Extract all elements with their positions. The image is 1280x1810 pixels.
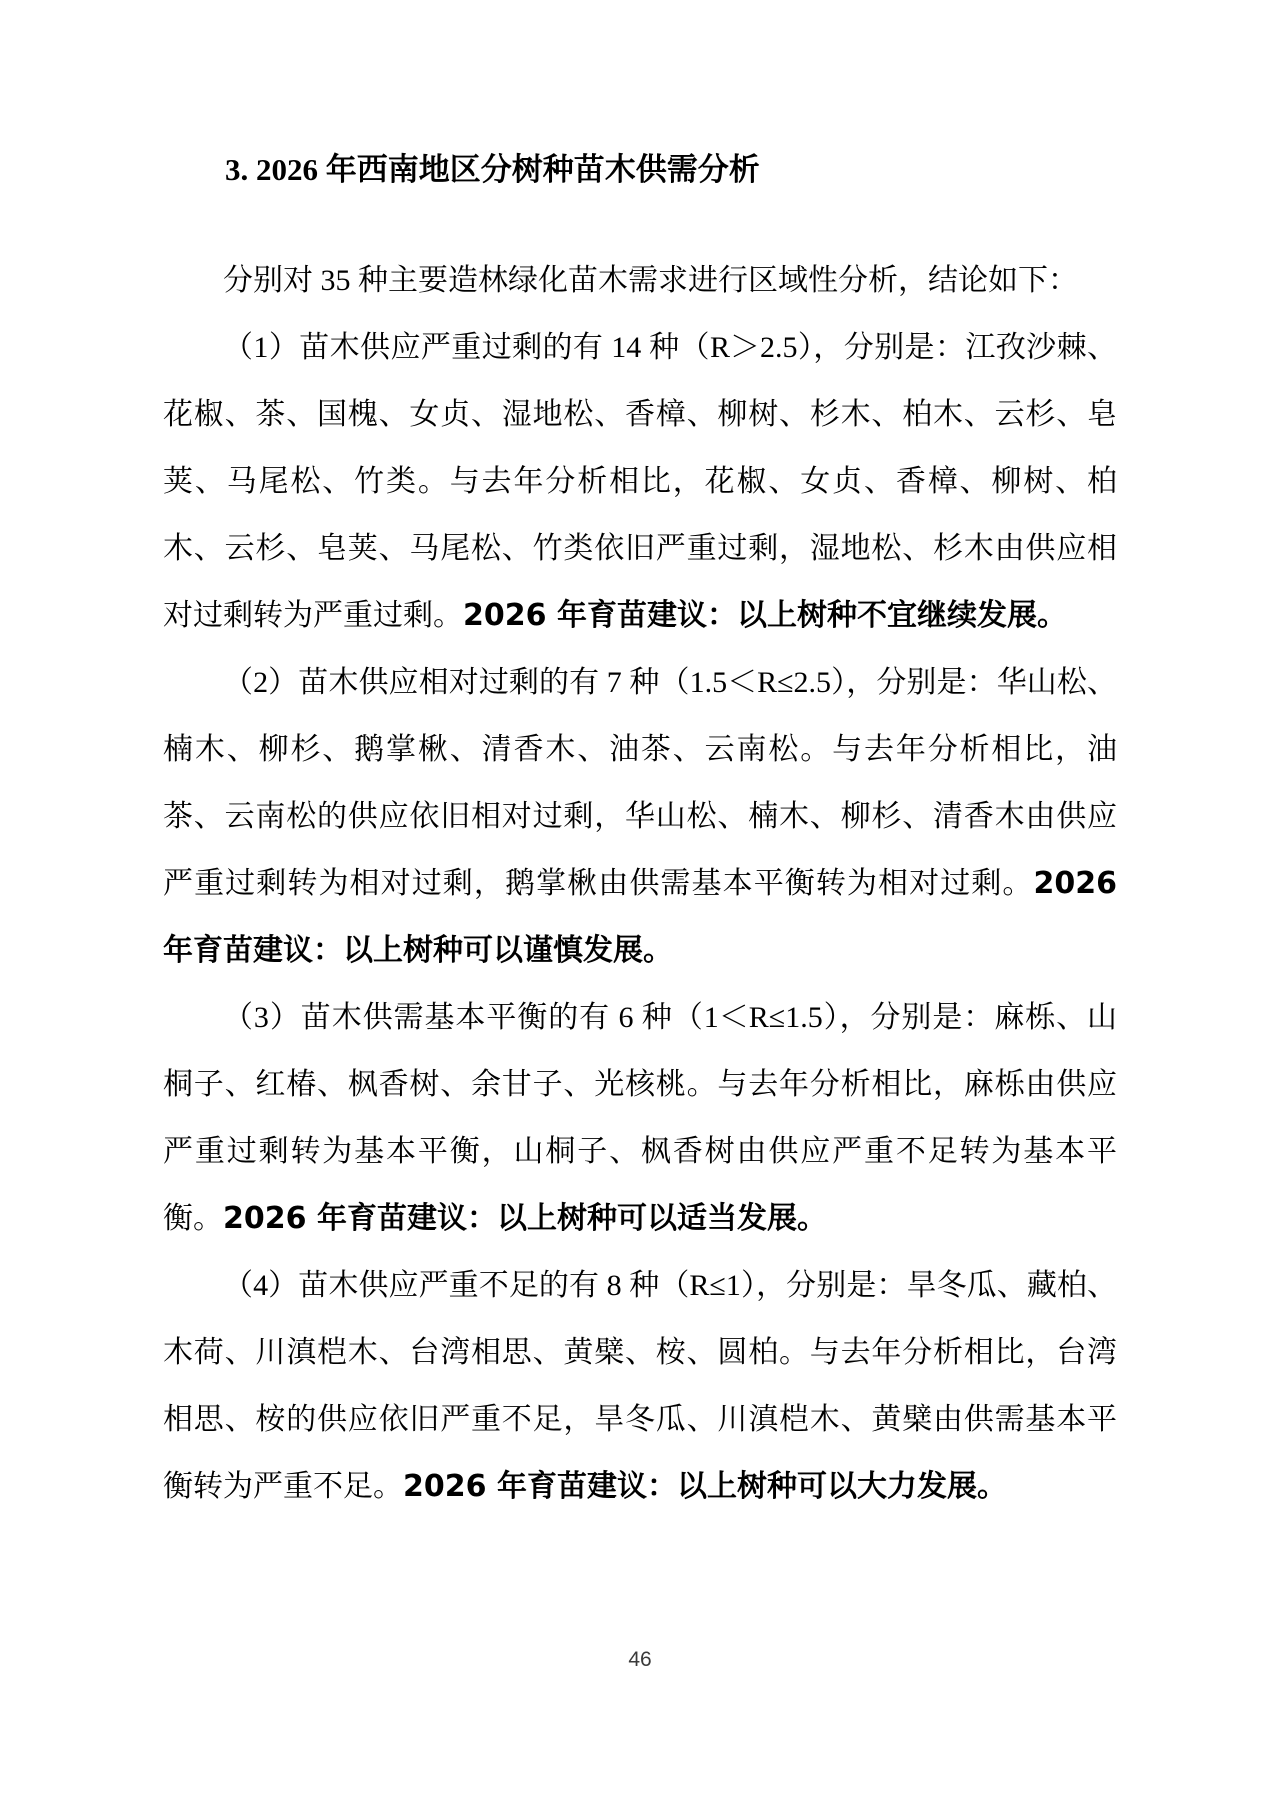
body-paragraph: （3）苗木供需基本平衡的有 6 种（1＜R≤1.5），分别是：麻栎、山桐子、红椿… bbox=[163, 984, 1117, 1252]
paragraphs: 分别对 35 种主要造林绿化苗木需求进行区域性分析，结论如下：（1）苗木供应严重… bbox=[163, 247, 1117, 1520]
document-content: 3. 2026 年西南地区分树种苗木供需分析 分别对 35 种主要造林绿化苗木需… bbox=[163, 136, 1117, 1520]
body-paragraph: 分别对 35 种主要造林绿化苗木需求进行区域性分析，结论如下： bbox=[163, 247, 1117, 314]
text-run: （3）苗木供需基本平衡的有 6 种（1＜R≤1.5），分别是：麻栎、山桐子、红椿… bbox=[163, 1001, 1117, 1235]
text-run: （4）苗木供应严重不足的有 8 种（R≤1），分别是：旱冬瓜、藏柏、木荷、川滇桤… bbox=[163, 1269, 1117, 1503]
page-number: 46 bbox=[0, 1648, 1280, 1672]
recommendation-run: 2026 年育苗建议：以上树种可以大力发展。 bbox=[403, 1469, 1007, 1504]
text-run: （2）苗木供应相对过剩的有 7 种（1.5＜R≤2.5），分别是：华山松、楠木、… bbox=[163, 666, 1117, 900]
text-run: （1）苗木供应严重过剩的有 14 种（R＞2.5），分别是：江孜沙棘、花椒、茶、… bbox=[163, 331, 1117, 632]
body-paragraph: （2）苗木供应相对过剩的有 7 种（1.5＜R≤2.5），分别是：华山松、楠木、… bbox=[163, 649, 1117, 984]
body-paragraph: （4）苗木供应严重不足的有 8 种（R≤1），分别是：旱冬瓜、藏柏、木荷、川滇桤… bbox=[163, 1252, 1117, 1520]
recommendation-run: 2026 年育苗建议：以上树种可以适当发展。 bbox=[223, 1201, 827, 1236]
recommendation-run: 2026 年育苗建议：以上树种不宜继续发展。 bbox=[463, 598, 1067, 633]
document-page: 3. 2026 年西南地区分树种苗木供需分析 分别对 35 种主要造林绿化苗木需… bbox=[0, 0, 1280, 1810]
section-heading: 3. 2026 年西南地区分树种苗木供需分析 bbox=[163, 136, 1117, 203]
text-run: 分别对 35 种主要造林绿化苗木需求进行区域性分析，结论如下： bbox=[223, 264, 1078, 297]
body-paragraph: （1）苗木供应严重过剩的有 14 种（R＞2.5），分别是：江孜沙棘、花椒、茶、… bbox=[163, 314, 1117, 649]
